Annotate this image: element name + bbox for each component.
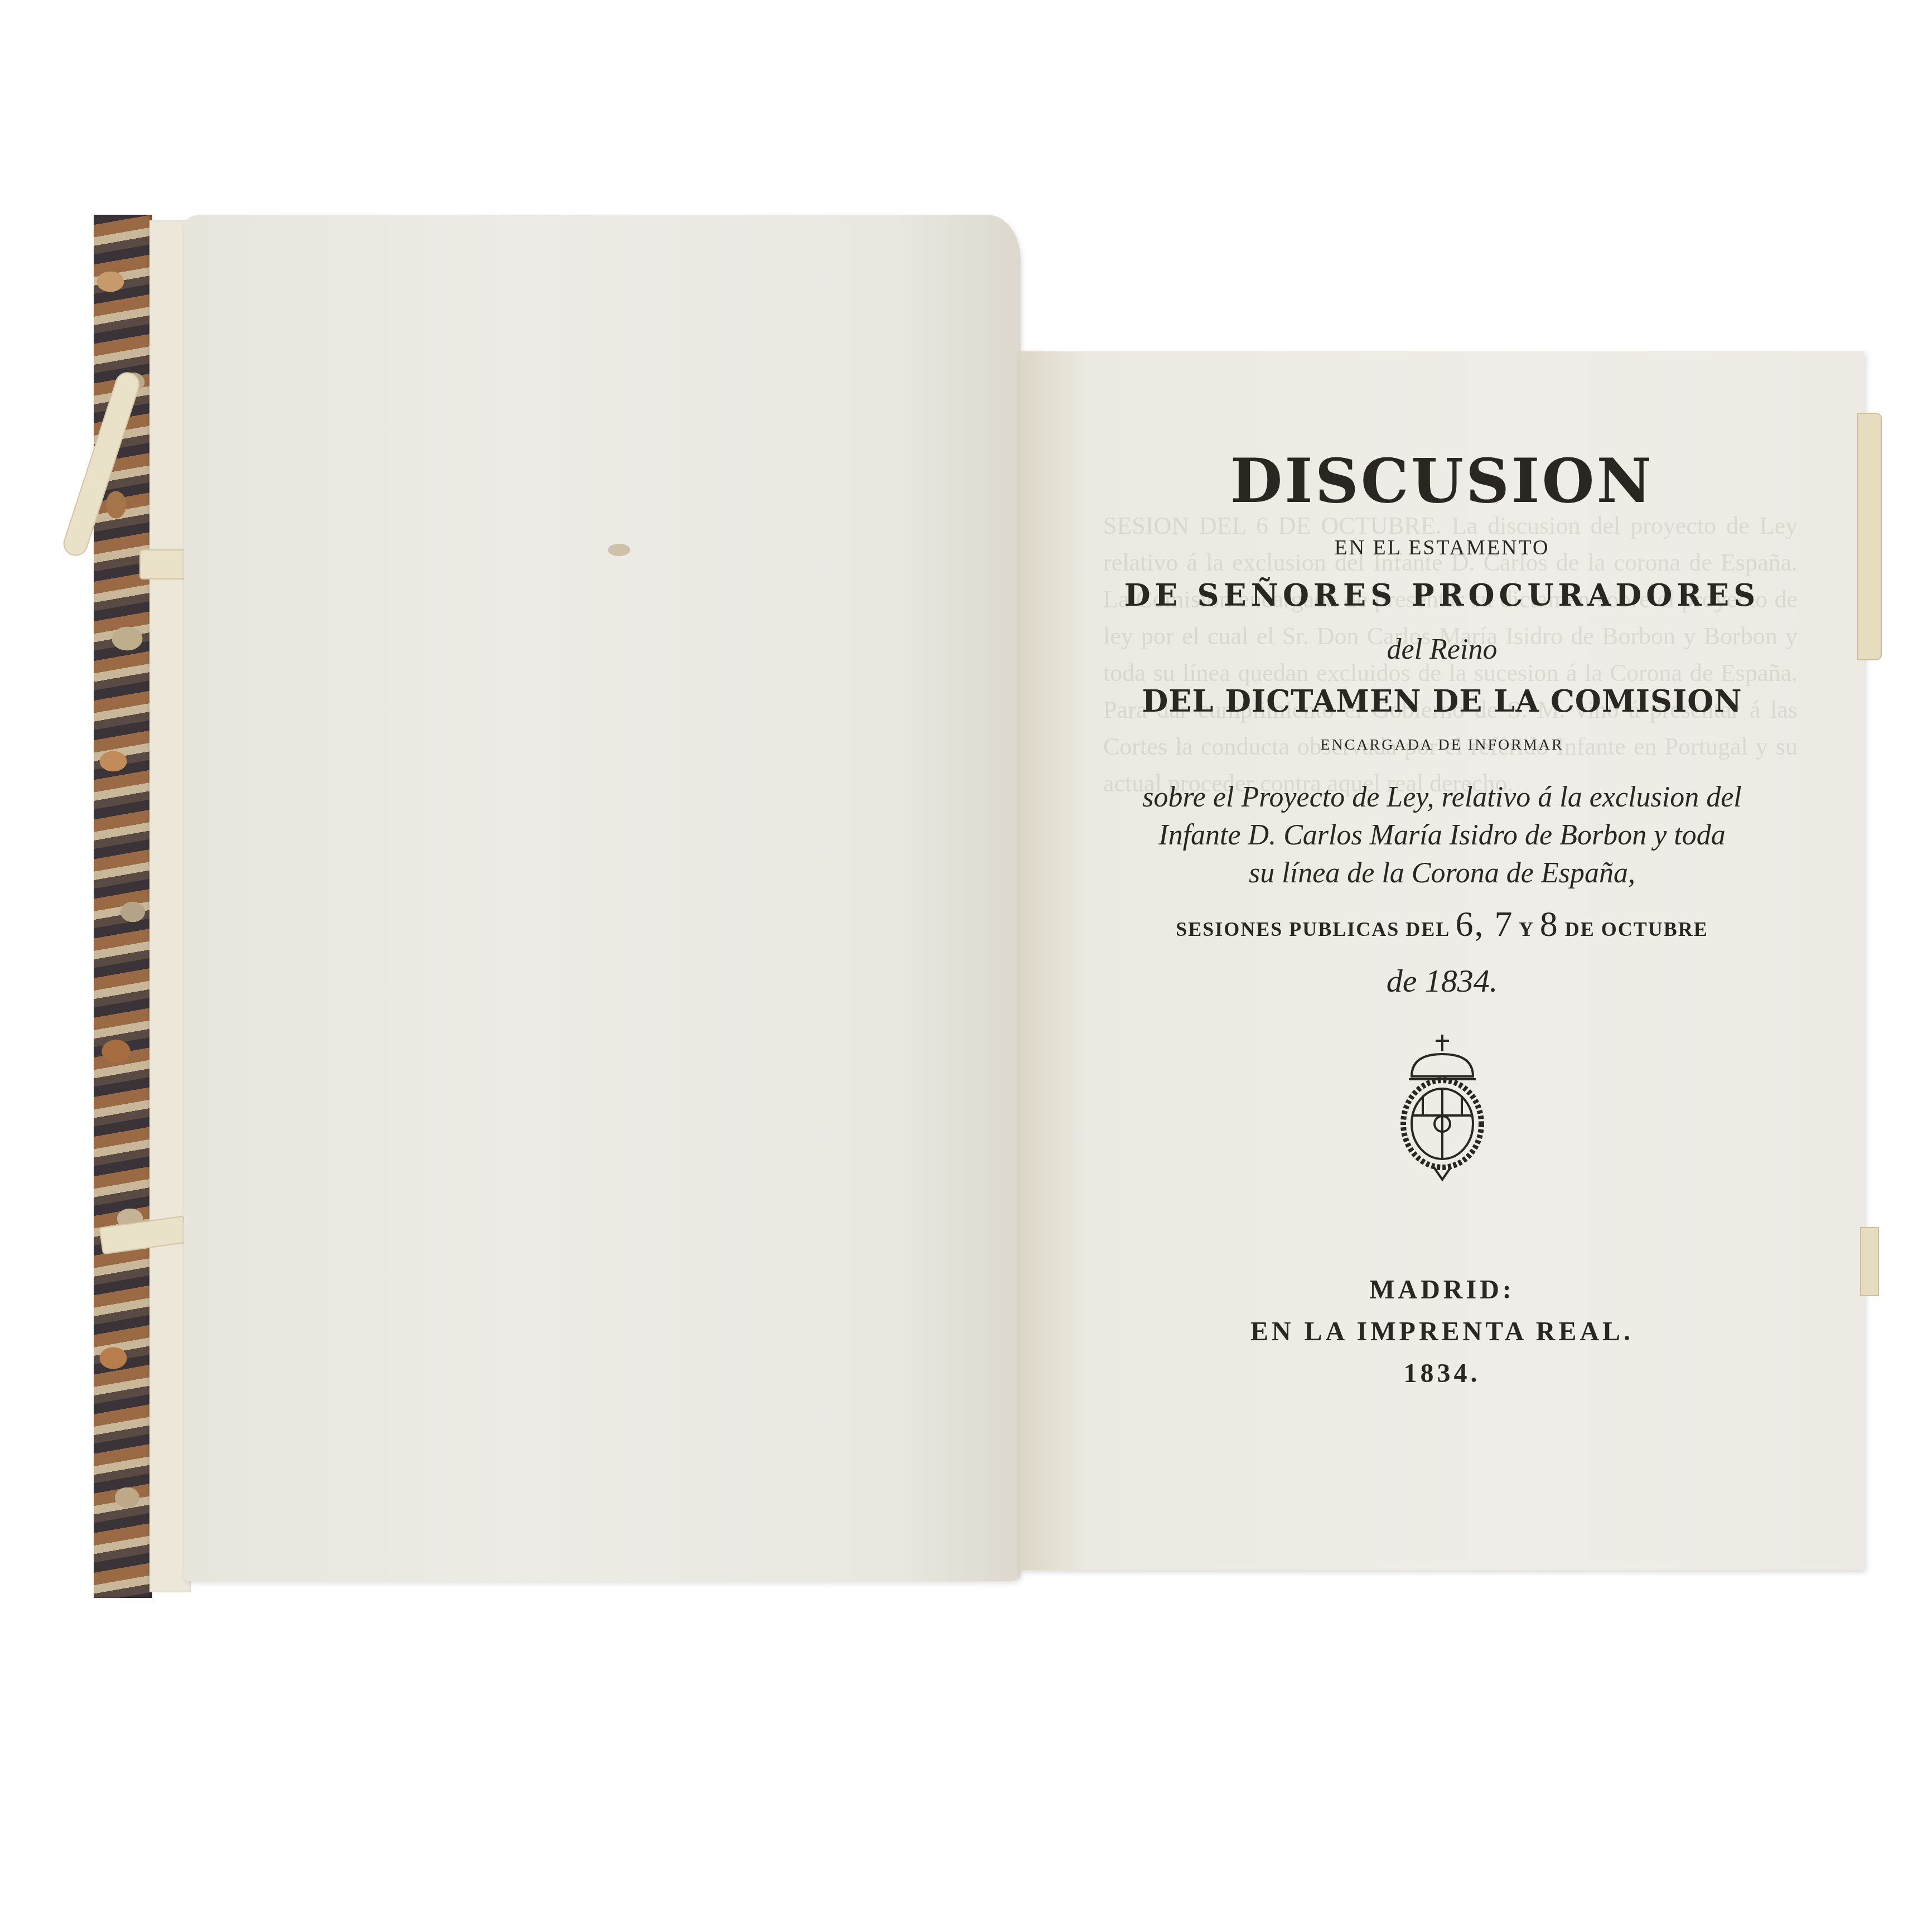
sessions-days: 6, 7 bbox=[1455, 904, 1513, 944]
sessions-conj: Y bbox=[1519, 918, 1534, 940]
subtitle-reino: del Reino bbox=[1020, 633, 1865, 666]
royal-coat-of-arms-icon bbox=[1395, 1032, 1490, 1182]
imprint-year: 1834. bbox=[1020, 1358, 1865, 1389]
open-book-photo: SESION DEL 6 DE OCTUBRE. La discusion de… bbox=[0, 0, 1932, 1932]
subtitle-encargada: ENCARGADA DE INFORMAR bbox=[1020, 736, 1865, 754]
title-heading: DISCUSION bbox=[1020, 446, 1865, 516]
paper-stain bbox=[608, 544, 630, 556]
script-line-1: sobre el Proyecto de Ley, relativo á la … bbox=[1020, 781, 1865, 814]
sessions-prefix: SESIONES PUBLICAS DEL bbox=[1176, 918, 1449, 940]
page-tab-right-top bbox=[1857, 413, 1882, 660]
script-line-2: Infante D. Carlos María Isidro de Borbon… bbox=[1020, 819, 1865, 852]
page-tab-right-bottom bbox=[1860, 1227, 1879, 1296]
left-blank-page bbox=[184, 215, 1021, 1581]
year-line: de 1834. bbox=[1020, 962, 1865, 999]
imprint-printer: EN LA IMPRENTA REAL. bbox=[1020, 1316, 1865, 1347]
sessions-line: SESIONES PUBLICAS DEL 6, 7 Y 8 DE OCTUBR… bbox=[1020, 904, 1865, 945]
subtitle-dictamen: DEL DICTAMEN DE LA COMISION bbox=[1020, 683, 1865, 719]
subtitle-procuradores: DE SEÑORES PROCURADORES bbox=[1020, 577, 1865, 613]
title-page: SESION DEL 6 DE OCTUBRE. La discusion de… bbox=[1020, 351, 1865, 1570]
sessions-day-last: 8 bbox=[1540, 904, 1559, 944]
imprint-city: MADRID: bbox=[1020, 1274, 1865, 1305]
sessions-suffix: DE OCTUBRE bbox=[1565, 918, 1708, 940]
subtitle-estamento: EN EL ESTAMENTO bbox=[1020, 535, 1865, 560]
script-line-3: su línea de la Corona de España, bbox=[1020, 857, 1865, 890]
